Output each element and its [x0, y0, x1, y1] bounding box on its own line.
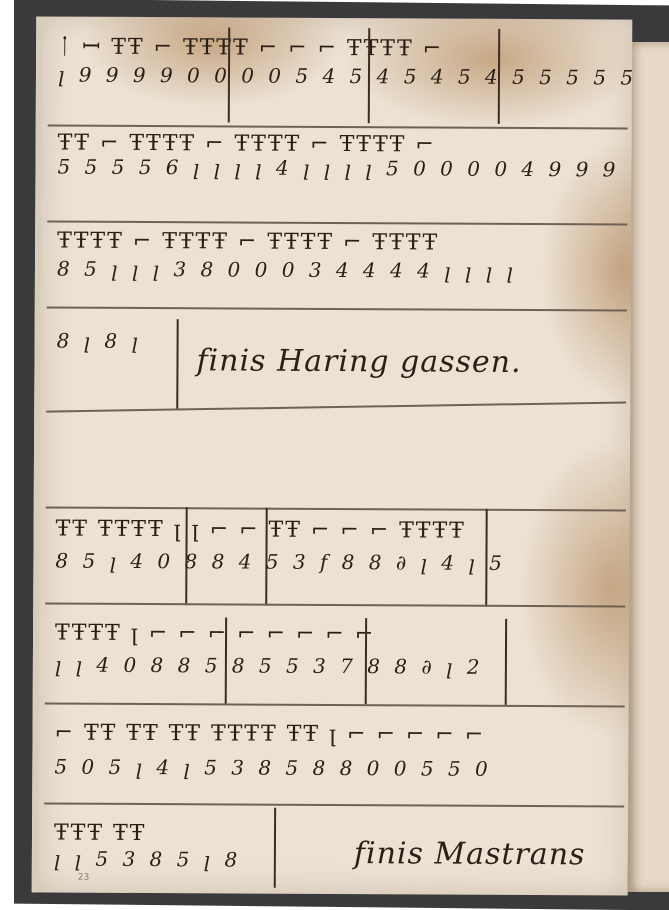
manuscript-page: ᛙ ꟷ ŦŦ ⌐ ŦŦŦŦ ⌐ ⌐ ⌐ ŦŦŦŦ ⌐ ꞁ 9 9 9 9 0 0…	[32, 16, 633, 895]
rhythm-flags: ŦŦ ⌐ ŦŦŦŦ ⌐ ŦŦŦŦ ⌐ ŦŦŦŦ ⌐	[58, 131, 436, 158]
bar-line	[485, 509, 487, 607]
rhythm-flags: ŦŦ ŦŦŦŦ ꞁ ꞁ ⌐ ⌐ ŦŦ ⌐ ⌐ ⌐ ŦŦŦŦ	[56, 517, 466, 544]
bar-line	[225, 617, 227, 703]
bar-line	[176, 319, 178, 409]
bar-line	[274, 808, 276, 888]
rhythm-flags: ŦŦŦ ŦŦ	[54, 821, 147, 846]
tablature-system-4: 8 ꞁ 8 ꞁ finis Haring gassen.	[46, 309, 627, 418]
rhythm-flags: ᛙ ꟷ ŦŦ ⌐ ŦŦŦŦ ⌐ ⌐ ⌐ ŦŦŦŦ ⌐	[58, 31, 443, 63]
piece-title-caption: finis Mastrans	[354, 836, 586, 872]
tablature-letters: ꞁ ꞁ 4 0 8 8 5 8 5 5 3 7 8 8 ∂ ꞁ 2	[55, 653, 484, 679]
folio-number: 23	[78, 873, 90, 883]
tablature-system-2: ŦŦ ⌐ ŦŦŦŦ ⌐ ŦŦŦŦ ⌐ ŦŦŦŦ ⌐ 5 5 5 5 6 ꞁ ꞁ …	[47, 127, 627, 226]
tablature-letters: 5 0 5 ꞁ 4 ꞁ 5 3 8 5 8 8 0 0 5 5 0	[54, 755, 492, 781]
bar-line	[185, 507, 187, 605]
tablature-system-8: ŦŦŦ ŦŦ ꞁ ꞁ 5 3 8 5 ꞁ 8 finis Mastrans 23	[44, 806, 624, 895]
rhythm-flags: ŦŦŦŦ ⌐ ŦŦŦŦ ⌐ ŦŦŦŦ ⌐ ŦŦŦŦ	[57, 229, 439, 256]
tablature-letters: ꞁ ꞁ 5 3 8 5 ꞁ 8	[54, 847, 241, 872]
rhythm-flags: ŦŦŦŦ ꞁ ⌐ ⌐ ⌐ ⌐ ⌐ ⌐ ⌐ ⌐	[55, 621, 375, 648]
tablature-letters: 8 5 ꞁ ꞁ ꞁ 3 8 0 0 0 3 4 4 4 4 ꞁ ꞁ ꞁ ꞁ	[57, 257, 517, 283]
tablature-letters: 5 5 5 5 6 ꞁ ꞁ ꞁ ꞁ 4 ꞁ ꞁ ꞁ ꞁ 5 0 0 0 0 4 …	[57, 155, 619, 182]
bar-line	[368, 28, 370, 123]
tablature-system-1: ᛙ ꟷ ŦŦ ⌐ ŦŦŦŦ ⌐ ⌐ ⌐ ŦŦŦŦ ⌐ ꞁ 9 9 9 9 0 0…	[48, 17, 629, 132]
staff-rule	[46, 507, 626, 512]
rhythm-flags: ⌐ ŦŦ ŦŦ ŦŦ ŦŦŦŦ ŦŦ ꞁ ⌐ ⌐ ⌐ ⌐ ⌐	[54, 721, 485, 748]
tablature-system-7: ⌐ ŦŦ ŦŦ ŦŦ ŦŦŦŦ ŦŦ ꞁ ⌐ ⌐ ⌐ ⌐ ⌐ 5 0 5 ꞁ 4…	[44, 706, 625, 809]
bar-line	[365, 618, 367, 704]
bar-line	[498, 29, 500, 124]
tablature-system-6: ŦŦŦŦ ꞁ ⌐ ⌐ ⌐ ⌐ ⌐ ⌐ ⌐ ⌐ ꞁ ꞁ 4 0 8 8 5 8 5…	[45, 607, 626, 710]
bar-line	[505, 619, 507, 705]
tablature-system-5: ŦŦ ŦŦŦŦ ꞁ ꞁ ⌐ ⌐ ŦŦ ⌐ ⌐ ⌐ ŦŦŦŦ 8 5 ꞁ 4 0 …	[45, 497, 626, 610]
tablature-letters: 8 5 ꞁ 4 0 8 8 4 5 3 f 8 8 ∂ ꞁ 4 ꞁ 5	[55, 549, 506, 575]
tablature-letters: ꞁ 9 9 9 9 0 0 0 0 5 4 5 4 5 4 5 4 5 5 5 …	[58, 63, 632, 90]
bar-line	[265, 508, 267, 606]
bar-line	[228, 27, 230, 122]
piece-title-caption: finis Haring gassen.	[196, 343, 521, 380]
tablature-system-3: ŦŦŦŦ ⌐ ŦŦŦŦ ⌐ ŦŦŦŦ ⌐ ŦŦŦŦ 8 5 ꞁ ꞁ ꞁ 3 8 …	[47, 223, 627, 312]
staff-rule	[46, 401, 626, 412]
tablature-letters: 8 ꞁ 8 ꞁ	[57, 329, 142, 353]
